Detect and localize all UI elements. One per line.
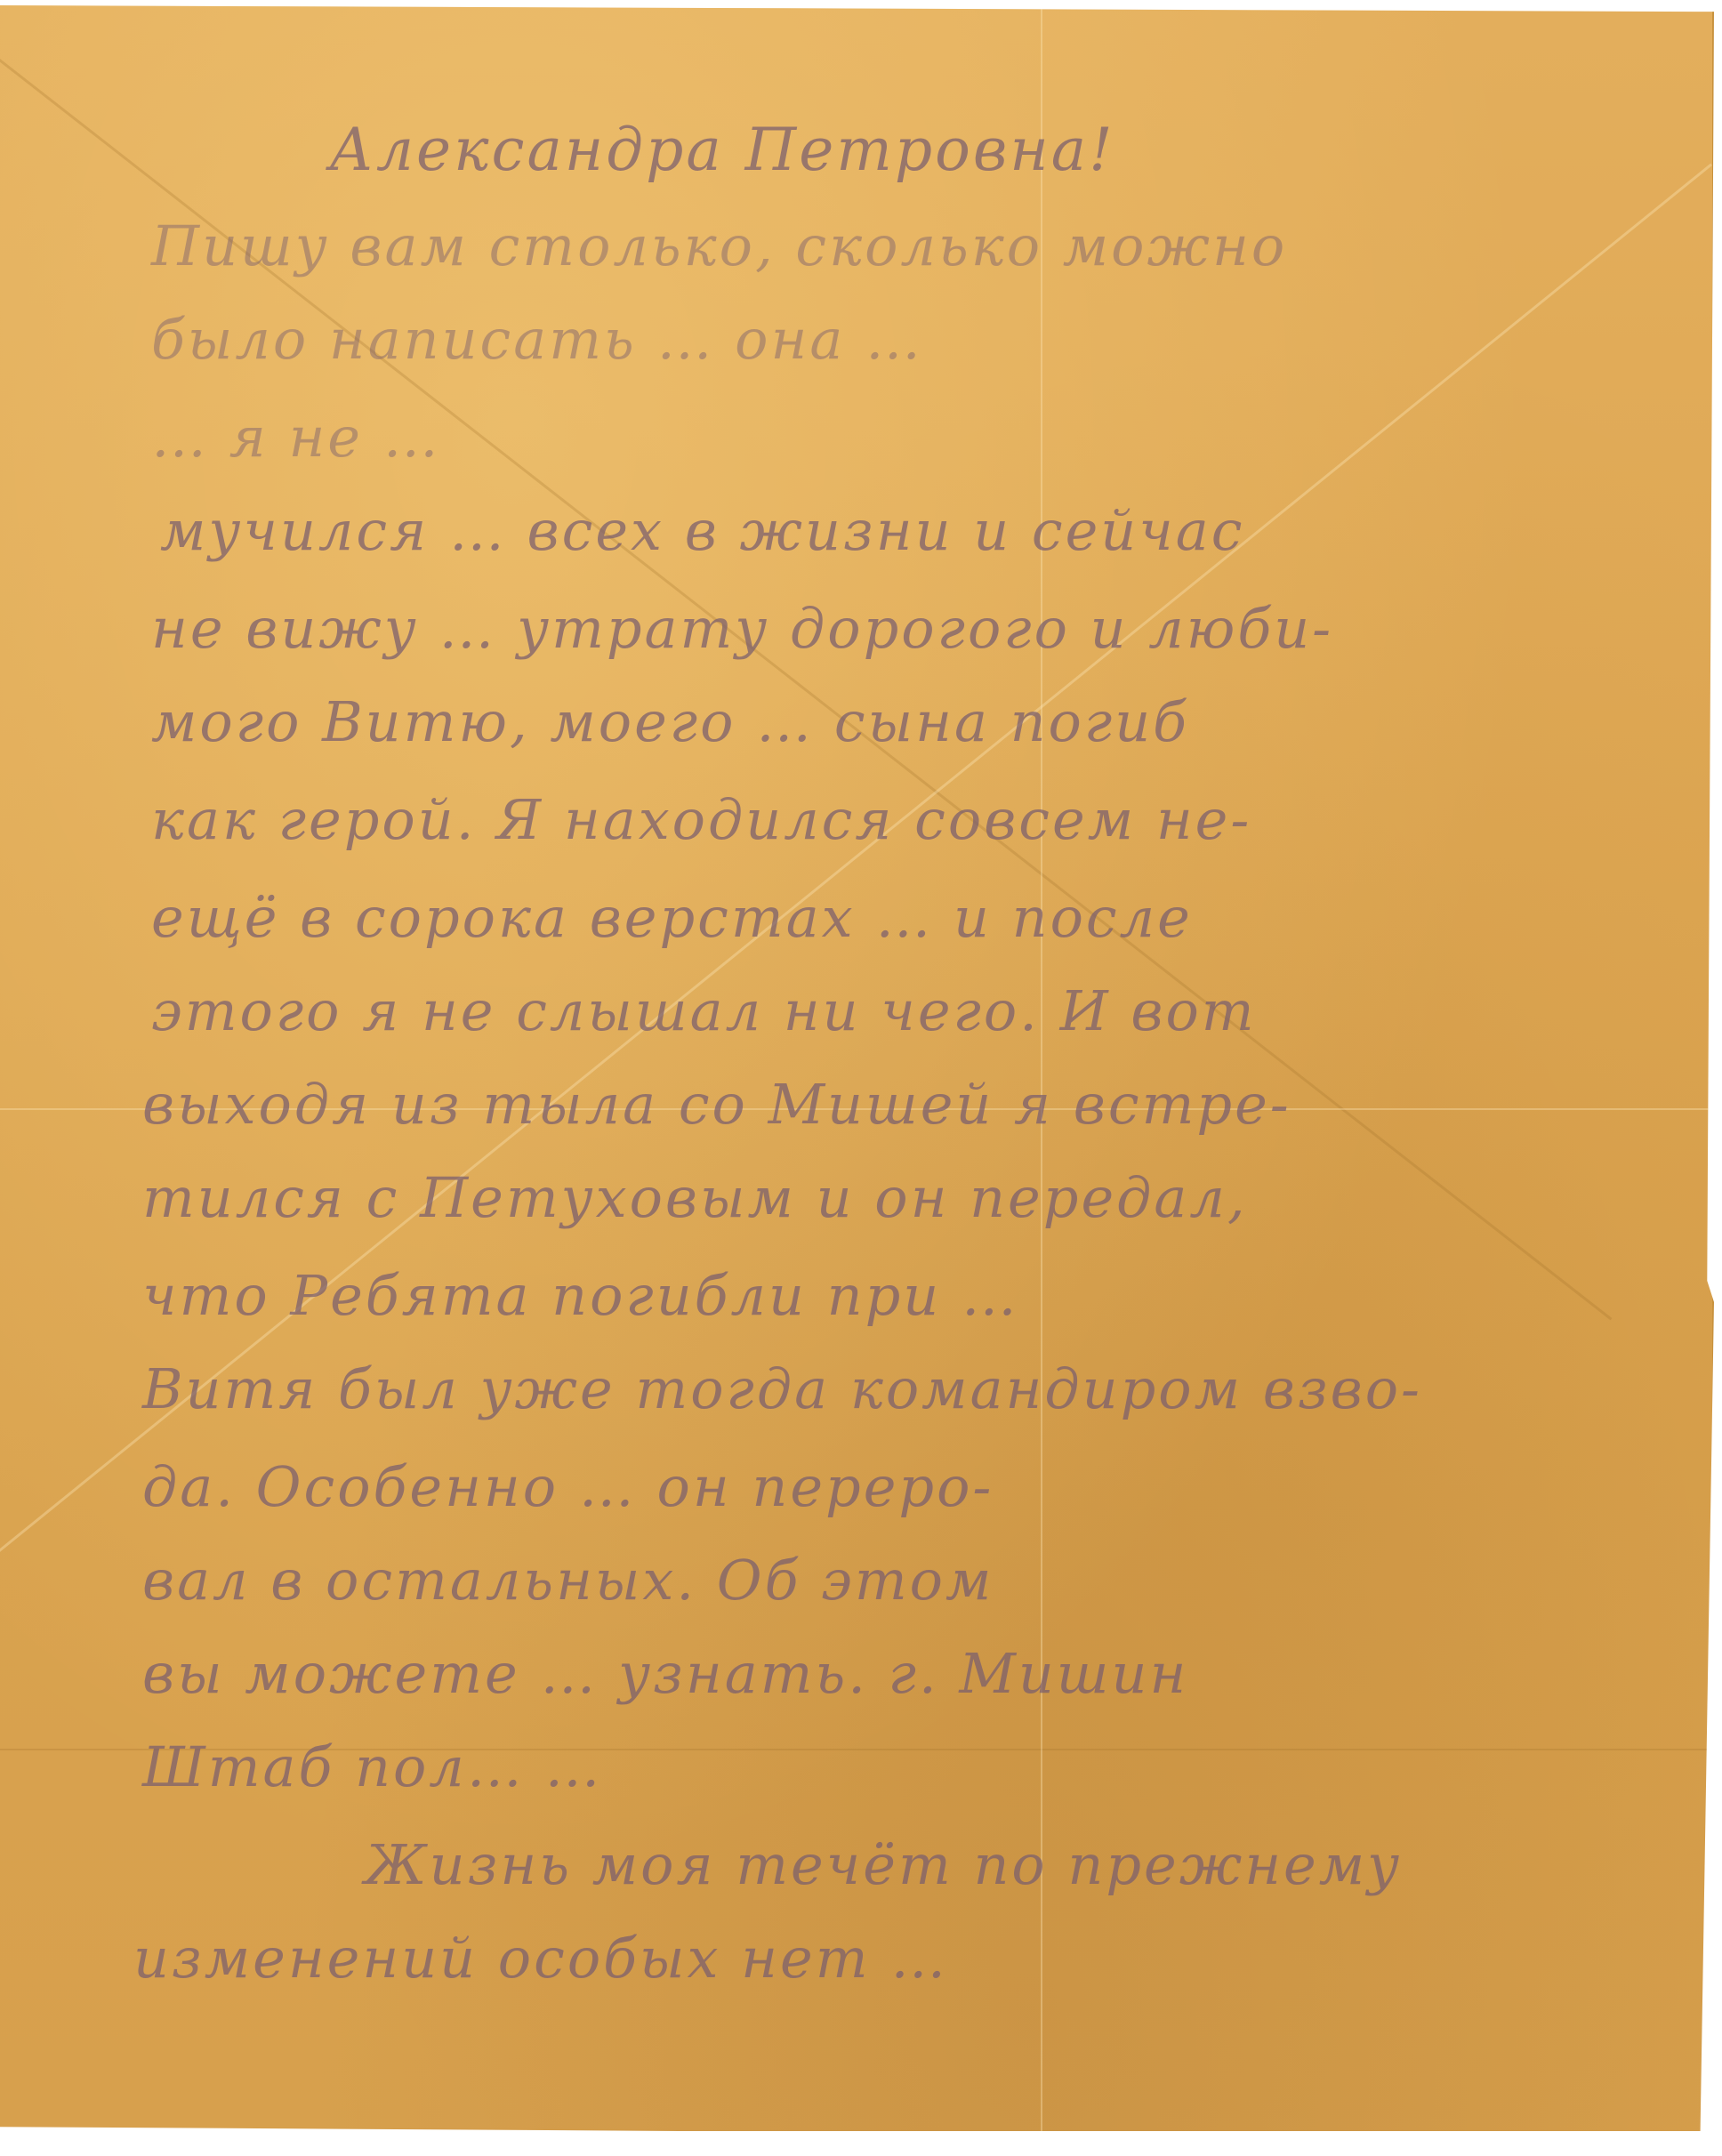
text-line: Витя был уже тогда командиром взво-	[142, 1356, 1422, 1421]
text-line: Штаб пол… …	[142, 1734, 603, 1799]
fold-crease	[1041, 5, 1042, 2131]
fold-crease	[0, 164, 1712, 1565]
text-line: мого Витю, моего … сына погиб	[151, 689, 1189, 754]
text-line: как герой. Я находился совсем не-	[151, 787, 1251, 852]
text-line: изменений особых нет …	[133, 1926, 948, 1991]
text-line: Жизнь моя течёт по прежнему	[365, 1832, 1402, 1897]
salutation: Александра Петровна!	[329, 116, 1115, 184]
text-line: этого я не слышал ни чего. И вот	[151, 978, 1257, 1043]
text-line: Пишу вам столько, сколько можно	[151, 213, 1287, 278]
text-line: … я не …	[151, 405, 441, 470]
text-line: ещё в сорока верстах … и после	[151, 885, 1193, 950]
text-line: вы можете … узнать. г. Мишин	[142, 1641, 1188, 1706]
text-line: не вижу … утрату дорогого и люби-	[151, 596, 1333, 661]
text-line: вал в остальных. Об этом	[142, 1548, 994, 1613]
text-line: было написать … она …	[151, 307, 923, 372]
text-line: тился с Петуховым и он передал,	[142, 1165, 1248, 1230]
text-line: что Ребята погибли при …	[142, 1263, 1019, 1328]
text-line: да. Особенно … он переро-	[142, 1454, 994, 1519]
text-line: выходя из тыла со Мишей я встре-	[142, 1072, 1291, 1137]
text-line: мучился … всех в жизни и сейчас	[160, 498, 1244, 563]
